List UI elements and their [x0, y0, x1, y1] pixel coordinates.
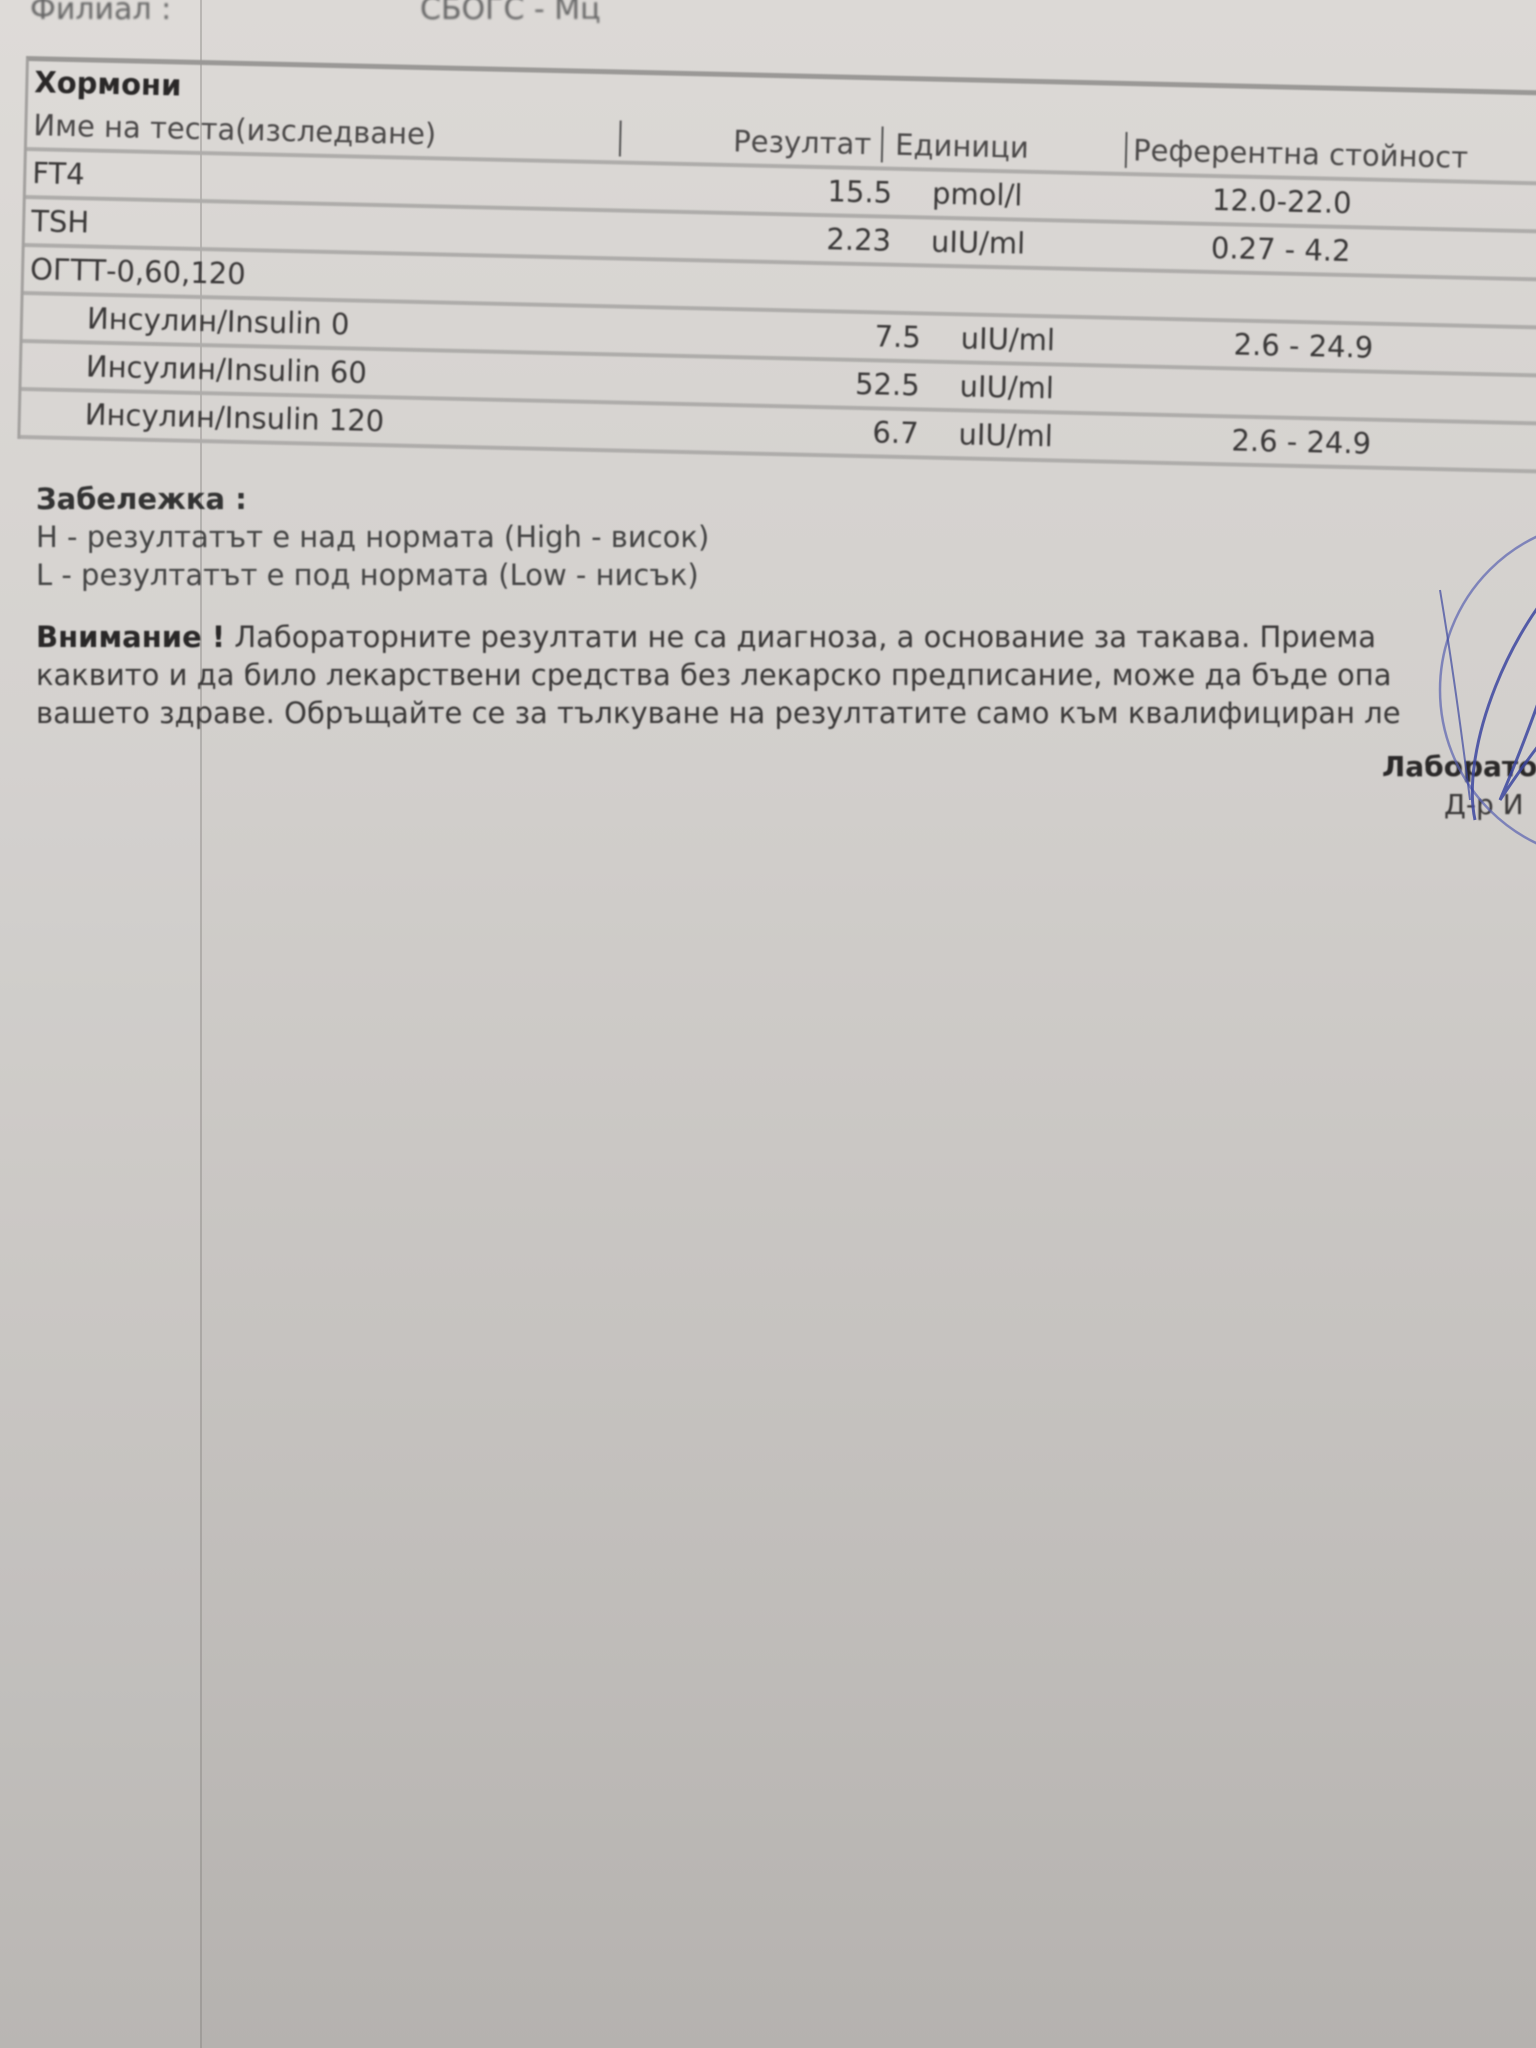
note-low: L - резултатът е под нормата (Low - нисъ… — [36, 556, 709, 594]
units-value: uIU/ml — [901, 224, 1162, 264]
test-name: Инсулин/Insulin 120 — [21, 396, 658, 444]
result-value: 6.7 — [656, 410, 929, 450]
reference-value: 0.27 - 4.2 — [1161, 230, 1536, 273]
test-name: Инсулин/Insulin 0 — [23, 300, 660, 348]
branch-value: СБОГС - Мц — [420, 0, 601, 27]
note-high: H - резултатът е над нормата (High - вис… — [36, 518, 709, 556]
warning-line-3: вашето здраве. Обръщайте се за тълкуване… — [36, 694, 1536, 732]
units-value: uIU/ml — [930, 321, 1184, 361]
notes-title: Забележка : — [36, 480, 709, 518]
col-units-header: Единици — [883, 127, 1126, 166]
reference-value: 12.0-22.0 — [1162, 182, 1536, 225]
warning-line-2: каквито и да било лекарствени средства б… — [36, 656, 1536, 694]
units-value: pmol/l — [902, 176, 1163, 216]
warning-line-1: Лабораторните резултати не са диагноза, … — [234, 620, 1376, 654]
units-value: uIU/ml — [929, 369, 1183, 409]
notes-block: Забележка : H - резултатът е над нормата… — [36, 480, 709, 594]
units-value — [900, 289, 1160, 295]
reference-value — [1183, 391, 1536, 400]
warning-label: Внимание ! — [36, 620, 225, 654]
col-result-header: Резултат — [621, 122, 882, 162]
test-name: TSH — [25, 204, 622, 252]
col-reference-header: Референтна стойност — [1127, 133, 1494, 175]
reference-value: 2.6 - 24.9 — [1183, 326, 1536, 369]
test-name: ОГТТ-0,60,120 — [24, 252, 621, 300]
signature-name: Д-р И — [1444, 788, 1524, 821]
result-value: 2.23 — [621, 218, 902, 258]
result-value: 15.5 — [622, 170, 903, 210]
result-value — [620, 283, 900, 289]
result-value: 7.5 — [659, 314, 932, 354]
warning-block: Внимание ! Лабораторните резултати не са… — [36, 618, 1536, 732]
reference-value: 2.6 - 24.9 — [1181, 422, 1536, 465]
units-value: uIU/ml — [928, 417, 1182, 457]
results-sheet: Хормони Име на теста(изследване) Резулта… — [17, 56, 1536, 474]
branch-label: Филиал : — [30, 0, 171, 27]
hormones-table: Хормони Име на теста(изследване) Резулта… — [17, 56, 1536, 474]
result-value: 52.5 — [658, 362, 931, 402]
test-name: FT4 — [26, 156, 623, 204]
reference-value — [1160, 295, 1536, 304]
test-name: Инсулин/Insulin 60 — [22, 348, 659, 396]
col-name-header: Име на теста(изследване) — [27, 108, 620, 155]
signature-role: Лаборато — [1382, 750, 1536, 783]
